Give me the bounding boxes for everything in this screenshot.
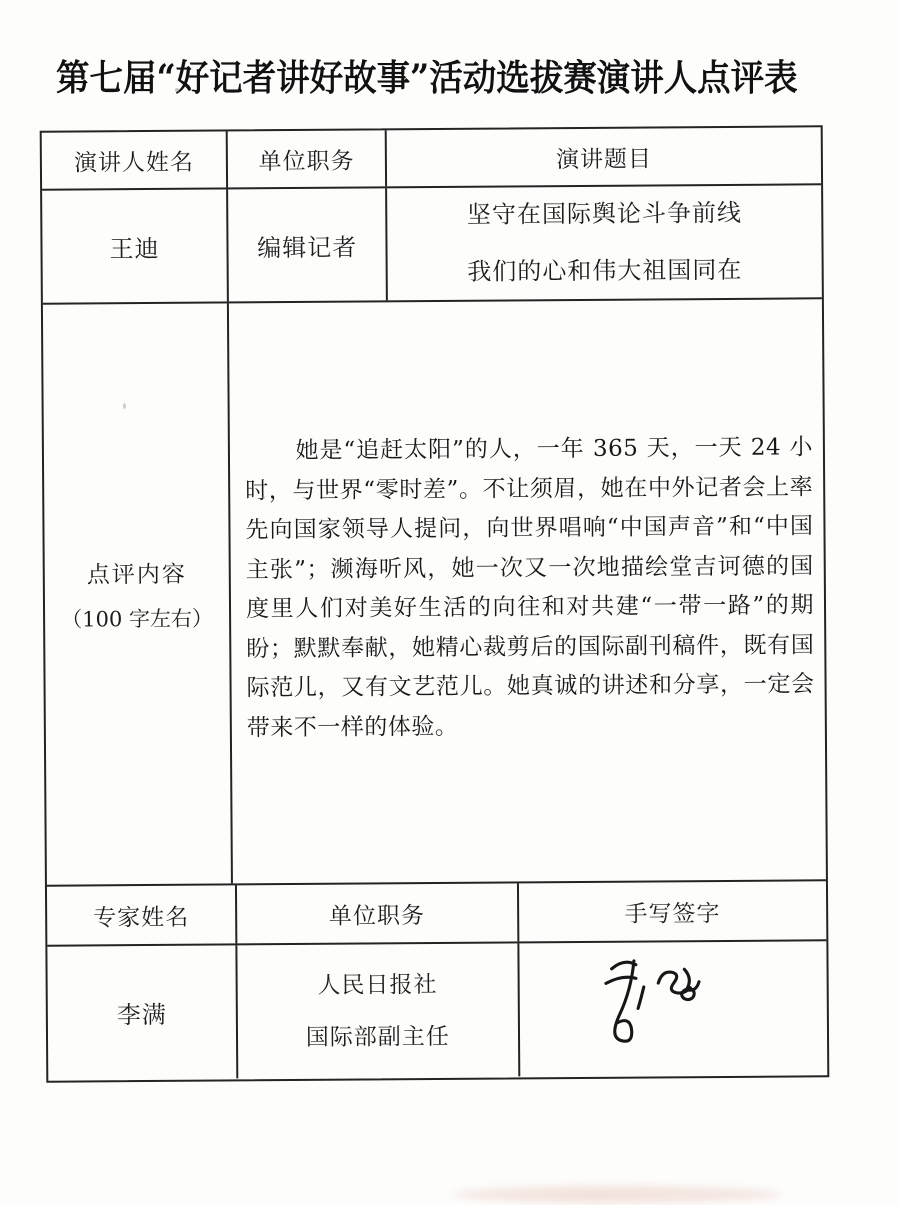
speech-topic-line-1: 坚守在国际舆论斗争前线 (467, 185, 742, 244)
speaker-header-row: 演讲人姓名 单位职务 演讲题目 (42, 127, 821, 190)
comment-label-hint: （100 字左右） (61, 602, 213, 633)
header-speech-topic: 演讲题目 (387, 127, 821, 186)
expert-unit-cell: 人民日报社 国际部副主任 (237, 943, 519, 1078)
header-speaker-position: 单位职务 (228, 130, 388, 187)
expert-name-value: 李满 (47, 945, 238, 1079)
signature-cell (519, 941, 827, 1076)
comment-content-cell: 她是“追赶太阳”的人，一年 365 天，一天 24 小时，与世界“零时差”。不让… (229, 299, 826, 883)
speech-topics-cell: 坚守在国际舆论斗争前线 我们的心和伟大祖国同在 (387, 185, 822, 300)
comment-label-title: 点评内容 (87, 555, 187, 589)
speaker-row: 王迪 编辑记者 坚守在国际舆论斗争前线 我们的心和伟大祖国同在 (42, 185, 822, 304)
expert-header-row: 专家姓名 单位职务 手写签字 (47, 881, 826, 946)
handwritten-signature-image (584, 952, 711, 1055)
form-title: 第七届“好记者讲好故事”活动选拔赛演讲人点评表 (56, 50, 819, 101)
evaluation-table: 演讲人姓名 单位职务 演讲题目 王迪 编辑记者 坚守在国际舆论斗争前线 我们的心… (40, 125, 830, 1082)
speaker-position-value: 编辑记者 (228, 188, 388, 301)
header-handwritten-signature: 手写签字 (519, 881, 827, 941)
scanned-form-page: 第七届“好记者讲好故事”活动选拔赛演讲人点评表 演讲人姓名 单位职务 演讲题目 … (0, 0, 900, 1205)
expert-unit-line-2: 国际部副主任 (306, 1010, 450, 1063)
scan-speck (262, 496, 265, 499)
comment-paragraph: 她是“追赶太阳”的人，一年 365 天，一天 24 小时，与世界“零时差”。不让… (245, 428, 815, 748)
header-expert-unit: 单位职务 (237, 883, 519, 943)
expert-unit-line-1: 人民日报社 (317, 958, 437, 1011)
comment-row: 点评内容 （100 字左右） 她是“追赶太阳”的人，一年 365 天，一天 24… (43, 299, 826, 886)
speaker-name-value: 王迪 (42, 189, 229, 302)
scan-speck (175, 88, 179, 92)
comment-label-cell: 点评内容 （100 字左右） (43, 303, 233, 884)
header-expert-name: 专家姓名 (47, 885, 237, 944)
speech-topic-line-2: 我们的心和伟大祖国同在 (467, 242, 742, 301)
page-bleedthrough-smudge (452, 1186, 782, 1203)
scan-speck (123, 403, 126, 409)
header-speaker-name: 演讲人姓名 (42, 131, 228, 188)
expert-row: 李满 人民日报社 国际部副主任 (47, 941, 827, 1079)
